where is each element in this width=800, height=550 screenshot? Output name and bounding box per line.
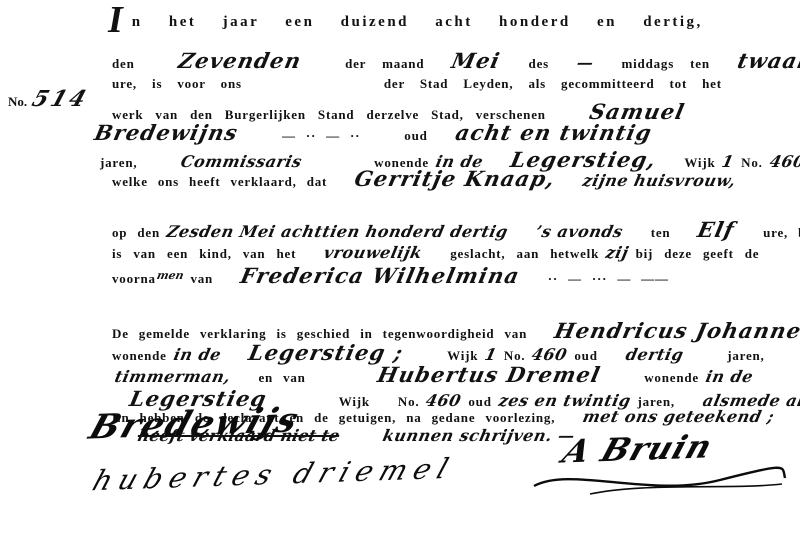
text-segment: met ons geteekend ;: [581, 407, 776, 426]
text-segment: ·· — ··· — ——: [548, 271, 669, 287]
child-gender-line: is van een kind, van hetvrouwelijkgeslac…: [112, 243, 759, 263]
text-segment: geslacht, aan hetwelk: [450, 246, 599, 262]
text-segment: oud: [404, 128, 427, 144]
birth-certificate-document: No.514 In het jaar een duizend acht hond…: [0, 0, 800, 550]
text-segment: Zevenden: [176, 48, 304, 73]
text-segment: middags ten: [622, 56, 710, 72]
text-segment: ure, bevallen: [763, 225, 800, 241]
declarant-name-age-line: Bredewijns— ·· — ··oudacht en twintig: [95, 120, 652, 145]
text-segment: 460: [768, 152, 800, 171]
text-segment: der maand: [345, 56, 424, 72]
text-segment: No.: [741, 155, 763, 171]
signature-text: hubertes driemel: [88, 452, 459, 497]
text-segment: zijne huisvrouw,: [581, 171, 738, 190]
text-segment: welke ons heeft verklaard, dat: [112, 174, 327, 190]
text-segment: Bredewijns: [92, 120, 240, 145]
text-segment: ’s avonds: [534, 222, 625, 241]
registrar-city-line: ure, is voor onsder Stad Leyden, als gec…: [112, 75, 722, 93]
text-segment: van: [190, 271, 213, 287]
signature-official: A Bruin: [565, 430, 711, 468]
text-segment: Frederica Wilhelmina: [238, 263, 522, 288]
text-segment: den: [112, 56, 135, 72]
text-segment: Gerritje Knaap,: [353, 166, 558, 191]
text-segment: en van: [258, 370, 305, 386]
text-segment: n het jaar een duizend acht honderd en d…: [132, 14, 703, 31]
text-segment: Mei: [450, 48, 504, 73]
text-segment: — ·· — ··: [282, 128, 360, 144]
text-segment: ure, is voor ons: [112, 76, 242, 92]
text-segment: acht en twintig: [453, 120, 654, 145]
text-segment: is van een kind, van het: [112, 246, 296, 262]
text-segment: kunnen schrijven. —: [381, 426, 577, 445]
text-segment: —: [575, 53, 596, 72]
text-segment: in de: [704, 367, 755, 386]
signature-text: Bredewijs: [84, 400, 305, 447]
flourish-underline-icon: [530, 464, 790, 506]
text-segment: vrouwelijk: [322, 243, 424, 262]
text-segment: des: [529, 56, 549, 72]
text-segment: timmerman,: [113, 367, 232, 386]
text-segment: op den: [112, 225, 160, 241]
text-segment: twaalf: [735, 48, 800, 73]
opening-year-line: In het jaar een duizend acht honderd en …: [108, 10, 703, 31]
text-segment: I: [108, 10, 123, 30]
text-segment: bij deze geeft de: [636, 246, 760, 262]
act-number: No.514: [8, 86, 88, 112]
text-segment: Elf: [696, 217, 738, 242]
signature-witness-dremel: hubertes driemel: [96, 458, 452, 491]
date-time-line: denZevendender maandMeides—middags tentw…: [112, 48, 800, 73]
text-segment: ten: [651, 225, 671, 241]
text-segment: zij: [604, 243, 630, 262]
act-number-value: 514: [29, 86, 92, 112]
text-segment: der Stad Leyden, als gecommitteerd tot h…: [384, 76, 722, 92]
text-segment: voorna: [112, 271, 156, 287]
text-segment: men: [155, 269, 184, 282]
text-segment: Zesden Mei achttien honderd dertig: [165, 222, 510, 241]
declaration-line: welke ons heeft verklaard, datGerritje K…: [112, 166, 736, 191]
child-names-line: voornamenvanFrederica Wilhelmina·· — ···…: [112, 263, 669, 288]
act-number-label: No.: [8, 94, 27, 109]
text-segment: Hubertus Dremel: [375, 362, 603, 387]
witness2-line: timmerman,en vanHubertus Dremelwonendein…: [115, 362, 753, 387]
text-segment: wonende: [644, 370, 699, 386]
birth-date-time-line: op denZesden Mei achttien honderd dertig…: [112, 217, 800, 242]
signature-declarant: Bredewijs: [92, 404, 297, 444]
